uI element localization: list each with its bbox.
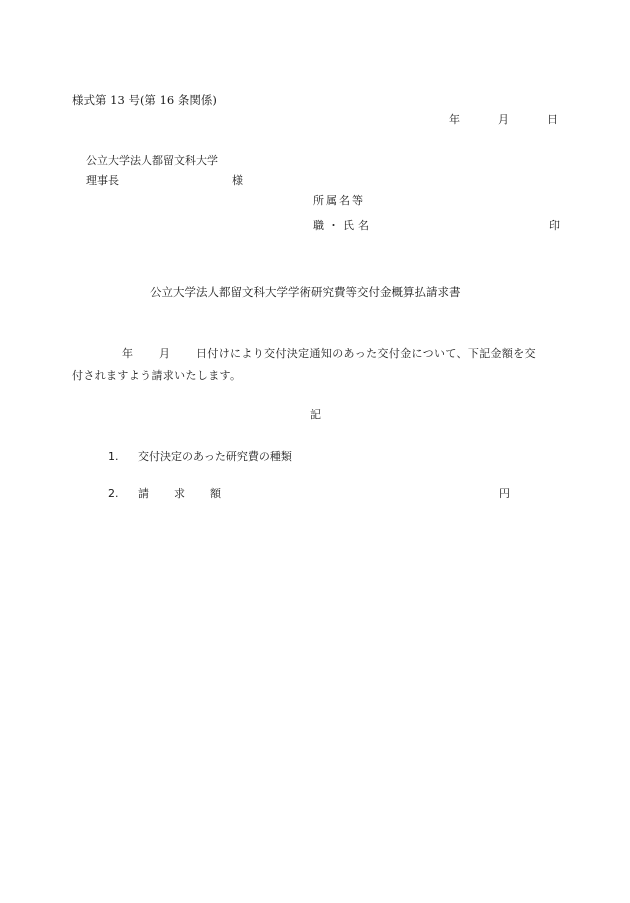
body-line-2: 付されますよう請求いたします。 — [72, 370, 241, 381]
addressee-organization: 公立大学法人都留文科大学 — [86, 155, 218, 166]
date-month-label: 月 — [498, 114, 509, 125]
form-number: 様式第 13 号(第 16 条関係) — [72, 95, 217, 107]
body-line-1: 日付けにより交付決定通知のあった交付金について、下記金額を交 — [196, 348, 536, 359]
ki-label: 記 — [310, 409, 321, 420]
body-month-label: 月 — [159, 348, 170, 359]
item-1-number: 1. — [108, 451, 119, 462]
item-2-label-part-2: 求 — [174, 488, 185, 499]
item-2-label-part-1: 請 — [138, 488, 149, 499]
date-year-label: 年 — [449, 114, 460, 125]
body-year-label: 年 — [122, 348, 133, 359]
item-2-number: 2. — [108, 488, 119, 499]
amount-unit: 円 — [499, 488, 510, 499]
affiliation-label: 所属名等 — [313, 195, 365, 206]
seal-label: 印 — [549, 220, 560, 231]
addressee-honorific: 様 — [232, 175, 243, 186]
item-1-label: 交付決定のあった研究費の種類 — [138, 451, 292, 462]
name-label: 職・氏名 — [313, 220, 373, 231]
addressee-title: 理事長 — [86, 175, 119, 186]
date-day-label: 日 — [547, 114, 558, 125]
item-2-label-part-3: 額 — [210, 488, 221, 499]
document-title: 公立大学法人都留文科大学学術研究費等交付金概算払請求書 — [150, 287, 461, 299]
